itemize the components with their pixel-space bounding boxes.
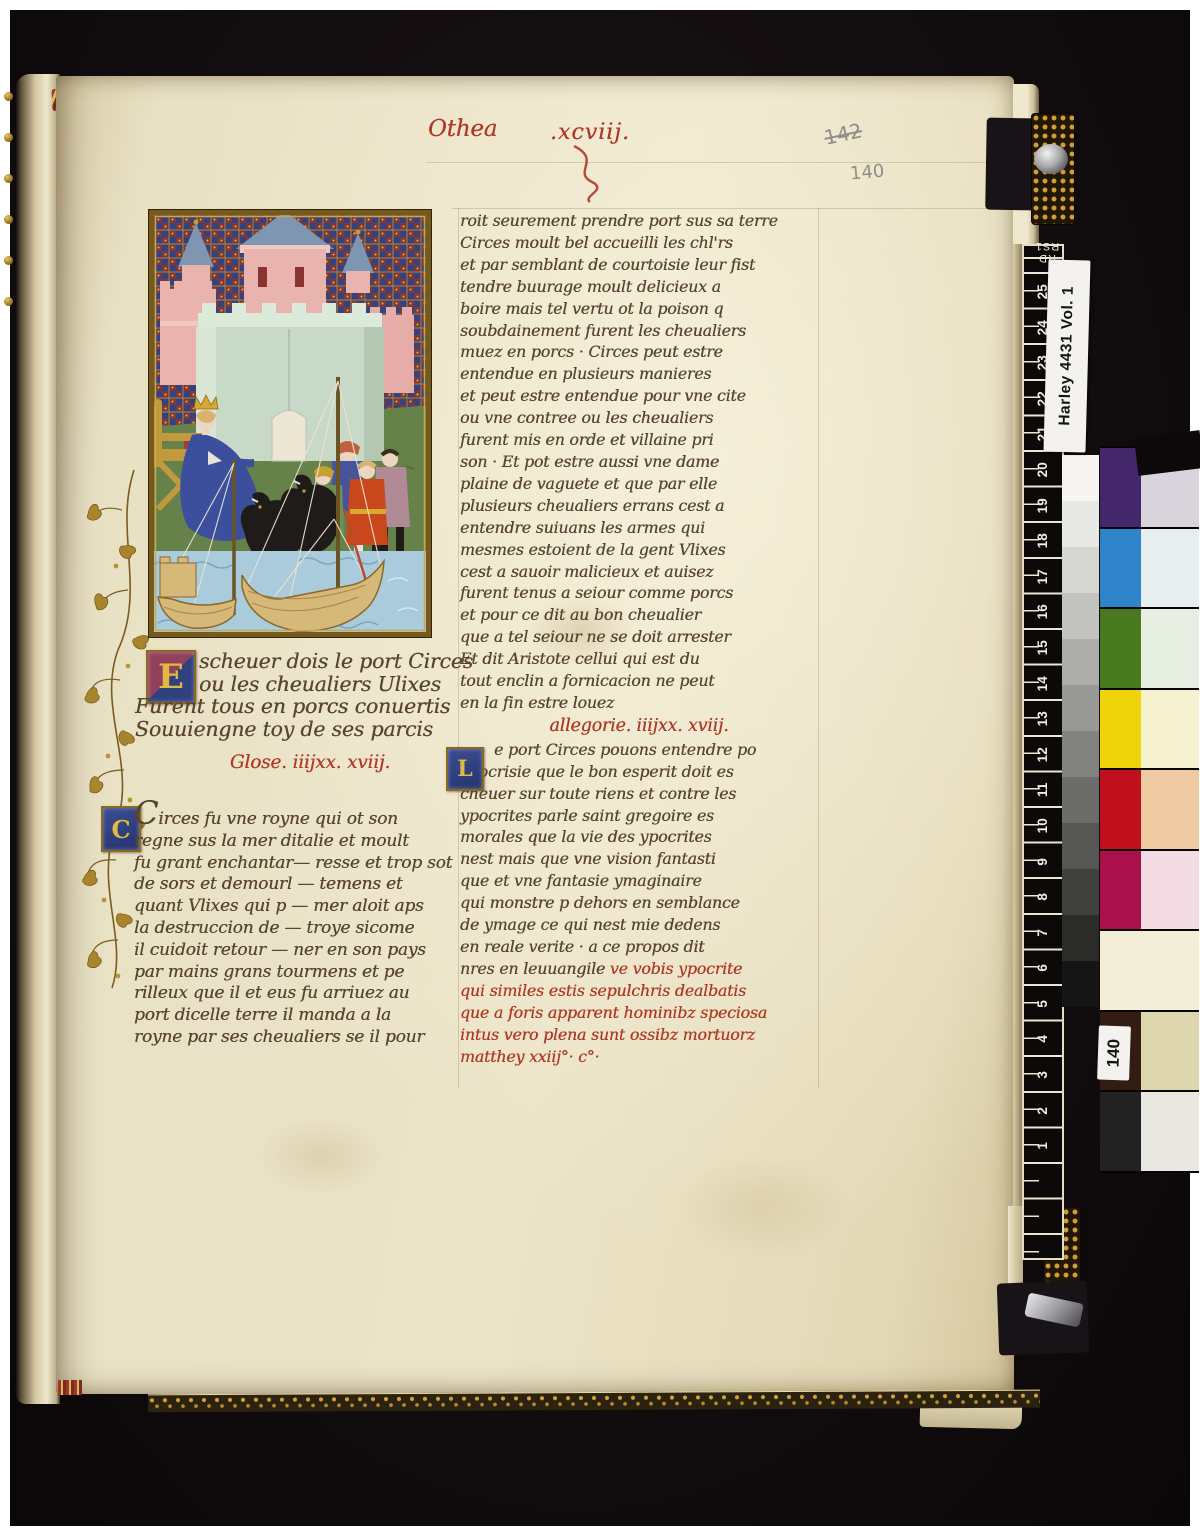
- text-line: entendre suiuans les armes qui: [460, 517, 818, 539]
- text-line: en la fin estre louez: [460, 692, 818, 714]
- ruler-number: 16: [1025, 593, 1061, 631]
- gloss-line: il cuidoit retour — ner en son pays: [134, 940, 468, 962]
- clasp-stud: [1034, 144, 1068, 174]
- parchment-stain: [256, 1116, 386, 1196]
- text-line: nres en leuuangile ve vobis ypocrite: [460, 958, 818, 980]
- allegory-intro-text: roit seurement prendre port sus sa terre…: [460, 210, 818, 714]
- text-line: son · Et pot estre aussi vne dame: [460, 451, 818, 473]
- text-line: que a tel seiour ne se doit arrester: [460, 626, 818, 648]
- grayscale-steps: [1062, 455, 1099, 1007]
- color-patch: [1100, 931, 1141, 1010]
- text-line: entendue en plusieurs manieres: [460, 363, 818, 385]
- gray-step: [1062, 593, 1099, 639]
- text-line: morales que la vie des ypocrites: [460, 826, 818, 848]
- text-line: intus vero plena sunt ossibz mortuorz: [460, 1024, 818, 1046]
- right-column: roit seurement prendre port sus sa terre…: [460, 210, 818, 1067]
- text-line: matthey xxiij°· c°·: [460, 1046, 818, 1068]
- ruler-number: 5: [1025, 985, 1061, 1023]
- ruling-line: [452, 208, 1012, 209]
- champ-initial-L: L: [446, 747, 484, 791]
- ruler-number: 4: [1025, 1020, 1061, 1058]
- color-calibration-bar: RD RS1 252423222120191817161514131211109…: [1018, 236, 1200, 1282]
- ruler-number: 10: [1025, 807, 1061, 845]
- ruler-number: 20: [1025, 451, 1061, 489]
- volume-label: Harley 4431 Vol. 1: [1043, 259, 1090, 452]
- text-line: qui similes estis sepulchris dealbatis: [460, 980, 818, 1002]
- text-line: ypocrites parle saint gregoire es: [460, 805, 818, 827]
- text-line: furent tenus a seiour comme porcs: [460, 582, 818, 604]
- text-line: cest a sauoir malicieux et auisez: [460, 561, 818, 583]
- text-span: matthey xxiij°· c°·: [460, 1047, 599, 1066]
- verse-text: scheuer dois le port Circesou les cheual…: [135, 650, 465, 740]
- gray-step: [1062, 731, 1099, 777]
- spine-beads: [4, 92, 13, 338]
- gray-step: [1062, 639, 1099, 685]
- text-span: que a foris apparent hominibz speciosa: [460, 1003, 767, 1022]
- folio-label-text: 140: [1104, 1038, 1125, 1067]
- text-line: furent mis en orde et villaine pri: [460, 429, 818, 451]
- gray-step: [1062, 685, 1099, 731]
- gloss-line: fu grant enchantar— resse et trop sot: [134, 853, 468, 875]
- tint-patch: [1141, 690, 1199, 769]
- tint-patch: [1141, 609, 1199, 688]
- text-line: Et dit Aristote cellui qui est du: [460, 648, 818, 670]
- text-line: et pour ce dit au bon cheualier: [460, 604, 818, 626]
- spine-bead: [4, 256, 13, 265]
- text-line: roit seurement prendre port sus sa terre: [460, 210, 818, 232]
- folio-label: 140: [1097, 1025, 1131, 1080]
- gray-step: [1062, 961, 1099, 1007]
- tint-patch: [1141, 529, 1199, 608]
- gloss-line: port dicelle terre il manda a la: [134, 1005, 468, 1027]
- ruler-number: 17: [1025, 558, 1061, 596]
- allegory-rubric: allegorie. iiijxx. xviij.: [460, 714, 818, 739]
- spine-bead: [4, 92, 13, 101]
- gloss-text: Circes fu vne royne qui ot sonregne sus …: [134, 808, 468, 1049]
- color-patch: [1100, 770, 1141, 849]
- digitized-manuscript-photo: { "photo": { "frame_color": "#ffffff", "…: [0, 0, 1200, 1536]
- gloss-line: rilleux que il et eus fu arriuez au: [134, 983, 468, 1005]
- ruling-line: [818, 208, 819, 1088]
- text-span: ve vobis ypocrite: [610, 959, 742, 978]
- gloss-line: royne par ses cheualiers se il pour: [134, 1027, 468, 1049]
- text-line: tendre buurage moult delicieux a: [460, 276, 818, 298]
- folio-number-pencil: 140: [849, 161, 885, 185]
- text-line: plaine de vaguete et que par elle: [460, 473, 818, 495]
- ruler-number: 12: [1025, 736, 1061, 774]
- color-patch: [1100, 609, 1141, 688]
- gray-step: [1062, 823, 1099, 869]
- folio-number-struck: 142: [822, 118, 864, 149]
- tint-patches: [1141, 446, 1199, 1173]
- photo-stage: Othea .xcviij. 142 140: [0, 0, 1200, 1536]
- color-patch: [1100, 529, 1141, 608]
- text-line: boire mais tel vertu ot la poison q: [460, 298, 818, 320]
- gloss-line: la destruccion de — troye sicome: [134, 918, 468, 940]
- parchment-stain: [676, 1156, 846, 1256]
- spine-bead: [4, 215, 13, 224]
- text-span: qui similes estis sepulchris dealbatis: [460, 981, 746, 1000]
- gray-step: [1062, 455, 1099, 501]
- spine-bead: [4, 133, 13, 142]
- gloss-line: regne sus la mer ditalie et moult: [134, 831, 468, 853]
- spine-bead: [4, 174, 13, 183]
- ruler-number: 11: [1025, 771, 1061, 809]
- text-line: ypocrisie que le bon esperit doit es: [460, 761, 818, 783]
- text-line: e port Circes pouons entendre po: [460, 739, 818, 761]
- ruler-number: 18: [1025, 522, 1061, 560]
- ruler-number: 7: [1025, 913, 1061, 951]
- text-line: en reale verite · a ce propos dit: [460, 936, 818, 958]
- verse-line: scheuer dois le port Circes: [135, 650, 465, 673]
- ruler-number: 13: [1025, 700, 1061, 738]
- rubric-flourish: [564, 142, 634, 206]
- text-line: que a foris apparent hominibz speciosa: [460, 1002, 818, 1024]
- text-line: soubdainement furent les cheualiers: [460, 320, 818, 342]
- allegory-text: e port Circes pouons entendre poypocrisi…: [460, 739, 818, 1068]
- text-span: intus vero plena sunt ossibz mortuorz: [460, 1025, 755, 1044]
- gloss-rubric: Glose. iiijxx. xviij.: [180, 752, 440, 773]
- text-line: et par semblant de courtoisie leur fist: [460, 254, 818, 276]
- gray-step: [1062, 501, 1099, 547]
- ruler-number: 1: [1025, 1127, 1061, 1165]
- volume-label-text: Harley 4431 Vol. 1: [1056, 286, 1078, 426]
- verse-line: Souuiengne toy de ses parcis: [135, 718, 465, 741]
- color-patch: [1100, 448, 1141, 527]
- ruler-number: 8: [1025, 878, 1061, 916]
- text-line: cheuer sur toute riens et contre les: [460, 783, 818, 805]
- text-line: muez en porcs · Circes peut estre: [460, 341, 818, 363]
- text-span: nres en leuuangile: [460, 959, 610, 978]
- text-line: tout enclin a fornicacion ne peut: [460, 670, 818, 692]
- spine-bead: [4, 297, 13, 306]
- text-line: mesmes estoient de la gent Vlixes: [460, 539, 818, 561]
- ruler-number: 19: [1025, 486, 1061, 524]
- clasp-strap-top: [985, 118, 1039, 211]
- gloss-line: de sors et demourl — temens et: [134, 874, 468, 896]
- ruler-number: 3: [1025, 1056, 1061, 1094]
- text-line: Circes moult bel accueilli les chl'rs: [460, 232, 818, 254]
- spine-lining-weave: [58, 1380, 82, 1395]
- text-line: que et vne fantasie ymaginaire: [460, 870, 818, 892]
- gloss-line: par mains grans tourmens et pe: [134, 962, 468, 984]
- verse-line: ou les cheualiers Ulixes: [135, 673, 465, 696]
- text-line: et peut estre entendue pour vne cite: [460, 385, 818, 407]
- gray-step: [1062, 547, 1099, 593]
- tint-patch: [1141, 931, 1199, 1010]
- text-line: plusieurs cheualiers errans cest a: [460, 495, 818, 517]
- gloss-line: Circes fu vne royne qui ot son: [134, 808, 468, 831]
- color-patch: [1100, 851, 1141, 930]
- tint-patch: [1141, 851, 1199, 930]
- gloss-line: quant Vlixes qui p — mer aloit aps: [134, 896, 468, 918]
- tint-patch: [1141, 1092, 1199, 1171]
- text-line: qui monstre p dehors en semblance: [460, 892, 818, 914]
- color-patch: [1100, 690, 1141, 769]
- text-line: nest mais que vne vision fantasti: [460, 848, 818, 870]
- manuscript-page: Othea .xcviij. 142 140: [56, 76, 1014, 1394]
- running-title: Othea: [428, 116, 497, 142]
- ruler-number: 2: [1025, 1091, 1061, 1129]
- gray-step: [1062, 915, 1099, 961]
- ruler-number: 14: [1025, 664, 1061, 702]
- ruler-number: 9: [1025, 842, 1061, 880]
- text-line: ou vne contree ou les cheualiers: [460, 407, 818, 429]
- black-tape: [1134, 430, 1200, 476]
- ruling-line: [426, 162, 1006, 163]
- gray-step: [1062, 869, 1099, 915]
- ruler-number: 6: [1025, 949, 1061, 987]
- tint-patch: [1141, 770, 1199, 849]
- miniature-circe: [148, 209, 432, 638]
- tint-patch: [1141, 1012, 1199, 1091]
- facing-page-edge: [16, 74, 60, 1404]
- ruler-number: 15: [1025, 629, 1061, 667]
- text-line: de ymage ce qui nest mie dedens: [460, 914, 818, 936]
- gray-step: [1062, 777, 1099, 823]
- verse-line: Furent tous en porcs conuertis: [135, 695, 465, 718]
- color-patch: [1100, 1092, 1141, 1171]
